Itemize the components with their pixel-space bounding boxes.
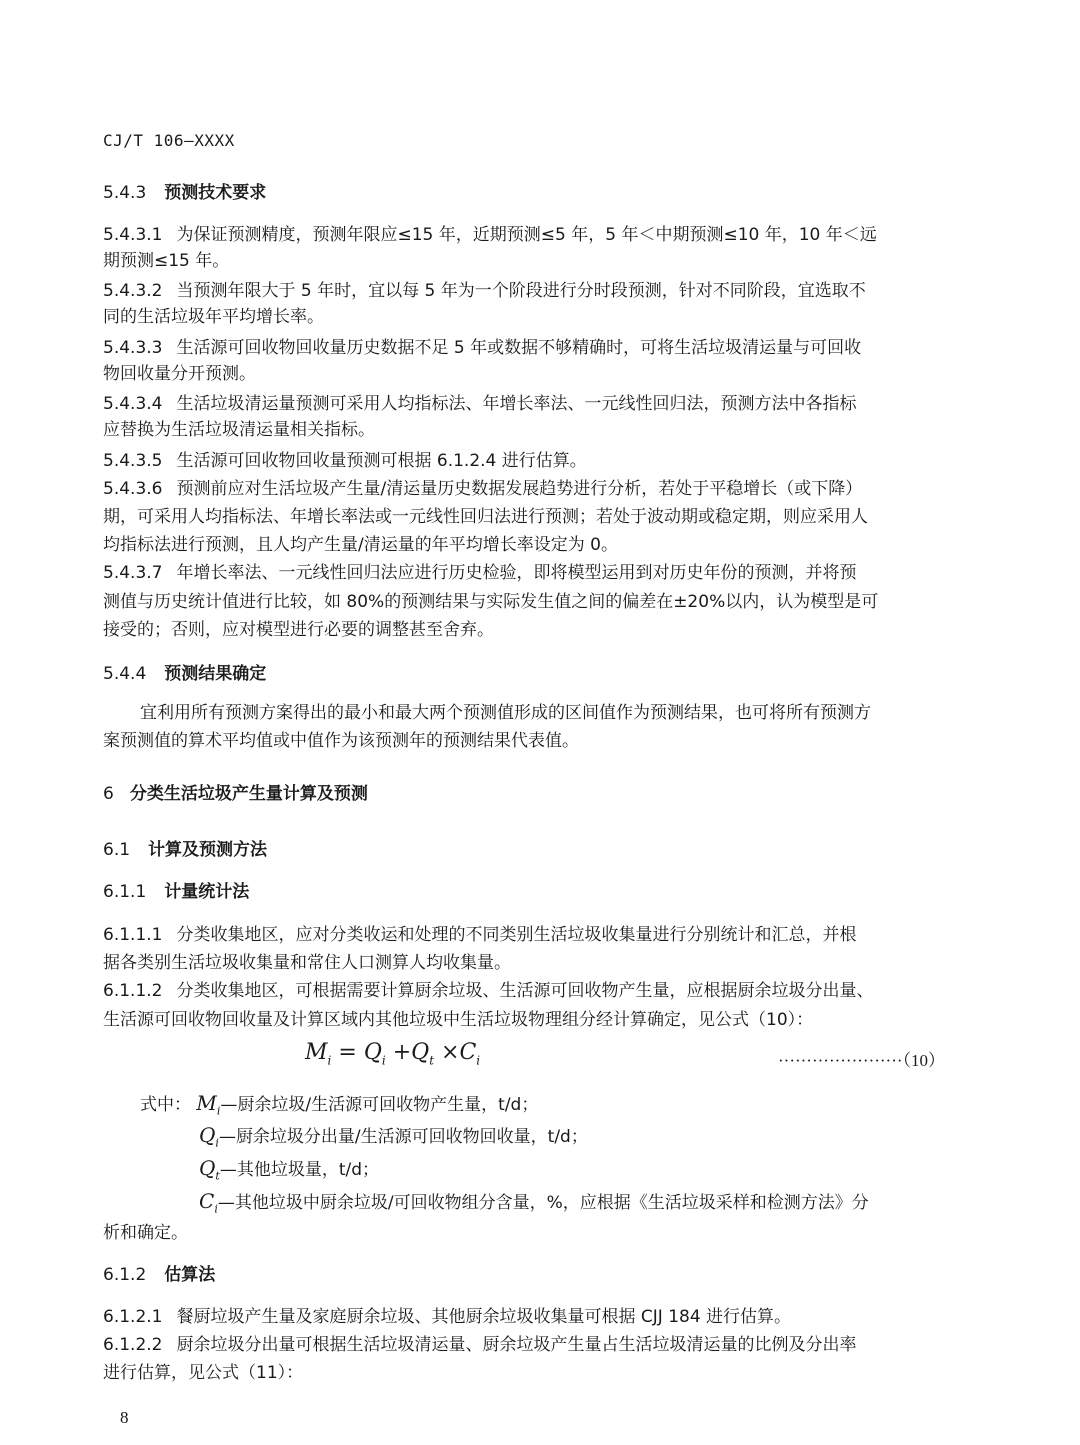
section-heading-6-1: 6.1计算及预测方法 — [103, 835, 267, 860]
section-title: 预测技术要求 — [164, 183, 266, 203]
where-item-qt: Qt—其他垃圾量，t/d； — [199, 1155, 379, 1182]
clause-number: 5.4.3.7 — [103, 563, 162, 583]
clause-number: 6.1.2.1 — [103, 1307, 162, 1327]
clause-number: 6.1.2.2 — [103, 1335, 162, 1355]
paragraph-5-4-3-4: 5.4.3.4生活垃圾清运量预测可采用人均指标法、年增长率法、一元线性回归法，预… — [103, 389, 856, 414]
paragraph-text: 预测前应对生活垃圾产生量/清运量历史数据发展趋势进行分析，若处于平稳增长（或下降… — [176, 479, 862, 499]
section-title: 预测结果确定 — [164, 664, 266, 684]
page-number: 8 — [120, 1408, 129, 1428]
clause-number: 5.4.3.2 — [103, 281, 162, 301]
where-item-m: 式中： Mi—厨余垃圾/生活源可回收物产生量，t/d； — [140, 1090, 538, 1117]
paragraph-5-4-3-1: 5.4.3.1为保证预测精度，预测年限应≤15 年，近期预测≤5 年，5 年＜中… — [103, 220, 877, 245]
section-title: 计算及预测方法 — [148, 840, 267, 860]
paragraph-5-4-3-2: 5.4.3.2当预测年限大于 5 年时，宜以每 5 年为一个阶段进行分时段预测，… — [103, 276, 866, 301]
document-code: CJ/T 106—XXXX — [103, 131, 235, 150]
paragraph-text: 分类收集地区，应对分类收运和处理的不同类别生活垃圾收集量进行分别统计和汇总，并根 — [176, 925, 856, 945]
paragraph-text: 厨余垃圾分出量可根据生活垃圾清运量、厨余垃圾产生量占生活垃圾清运量的比例及分出率 — [176, 1335, 856, 1355]
section-number: 5.4.3 — [103, 183, 146, 203]
variable-definition: —其他垃圾中厨余垃圾/可回收物组分含量，%，应根据《生活垃圾采样和检测方法》分 — [218, 1193, 869, 1213]
formula-operator: = — [338, 1040, 356, 1065]
clause-number: 6.1.1.1 — [103, 925, 162, 945]
paragraph-5-4-3-5: 5.4.3.5生活源可回收物回收量预测可根据 6.1.2.4 进行估算。 — [103, 446, 587, 471]
formula-subscript: t — [429, 1053, 434, 1067]
formula-symbol: C — [459, 1040, 476, 1065]
equation-number-10: ······················（10） — [778, 1046, 945, 1071]
paragraph-line: 测值与历史统计值进行比较，如 80%的预测结果与实际发生值之间的偏差在±20%以… — [103, 587, 878, 612]
equation-number: （10） — [903, 1051, 946, 1070]
formula-symbol: M — [305, 1040, 328, 1065]
variable-symbol: Q — [199, 1123, 215, 1147]
section-number: 6.1 — [103, 840, 130, 860]
paragraph-text: 生活源可回收物回收量历史数据不足 5 年或数据不够精确时，可将生活垃圾清运量与可… — [176, 338, 861, 358]
paragraph-line: 生活源可回收物回收量及计算区域内其他垃圾中生活垃圾物理组分经计算确定，见公式（1… — [103, 1005, 813, 1030]
paragraph-text: 年增长率法、一元线性回归法应进行历史检验，即将模型运用到对历史年份的预测，并将预 — [176, 563, 856, 583]
formula-subscript: i — [328, 1053, 332, 1067]
variable-symbol: Q — [199, 1156, 215, 1180]
paragraph-text: 当预测年限大于 5 年时，宜以每 5 年为一个阶段进行分时段预测，针对不同阶段，… — [176, 281, 865, 301]
paragraph-line: 案预测值的算术平均值或中值作为该预测年的预测结果代表值。 — [103, 726, 579, 751]
variable-symbol: M — [196, 1091, 216, 1115]
clause-number: 5.4.3.3 — [103, 338, 162, 358]
formula-subscript: i — [382, 1053, 386, 1067]
chapter-title: 分类生活垃圾产生量计算及预测 — [130, 784, 368, 804]
paragraph-line: 期预测≤15 年。 — [103, 246, 229, 271]
section-heading-6-1-1: 6.1.1计量统计法 — [103, 877, 249, 902]
formula-subscript: i — [476, 1053, 480, 1067]
section-heading-6-1-2: 6.1.2估算法 — [103, 1260, 215, 1285]
section-number: 6.1.2 — [103, 1265, 146, 1285]
paragraph-line: 期，可采用人均指标法、年增长率法或一元线性回归法进行预测；若处于波动期或稳定期，… — [103, 502, 868, 527]
chapter-heading-6: 6分类生活垃圾产生量计算及预测 — [103, 779, 368, 804]
variable-definition: —其他垃圾量，t/d； — [220, 1160, 379, 1180]
formula-symbol: Q — [411, 1040, 429, 1065]
paragraph-5-4-3-6: 5.4.3.6预测前应对生活垃圾产生量/清运量历史数据发展趋势进行分析，若处于平… — [103, 474, 862, 499]
paragraph-6-1-1-2: 6.1.1.2分类收集地区，可根据需要计算厨余垃圾、生活源可回收物产生量，应根据… — [103, 976, 873, 1001]
paragraph-text: 生活源可回收物回收量预测可根据 6.1.2.4 进行估算。 — [176, 451, 586, 471]
formula-operator: × — [441, 1040, 459, 1065]
section-title: 计量统计法 — [164, 882, 249, 902]
variable-symbol: C — [199, 1189, 214, 1213]
section-heading-5-4-3: 5.4.3预测技术要求 — [103, 178, 266, 203]
variable-definition: —厨余垃圾分出量/生活源可回收物回收量，t/d； — [219, 1127, 588, 1147]
paragraph-line: 据各类别生活垃圾收集量和常住人口测算人均收集量。 — [103, 948, 511, 973]
section-heading-5-4-4: 5.4.4预测结果确定 — [103, 659, 266, 684]
formula-operator: + — [393, 1040, 411, 1065]
paragraph-line: 析和确定。 — [103, 1218, 188, 1243]
paragraph-text: 分类收集地区，可根据需要计算厨余垃圾、生活源可回收物产生量，应根据厨余垃圾分出量… — [176, 981, 873, 1001]
paragraph-line: 宜利用所有预测方案得出的最小和最大两个预测值形成的区间值作为预测结果，也可将所有… — [140, 698, 871, 723]
clause-number: 6.1.1.2 — [103, 981, 162, 1001]
chapter-number: 6 — [103, 784, 114, 804]
where-item-qi: Qi—厨余垃圾分出量/生活源可回收物回收量，t/d； — [199, 1122, 588, 1149]
variable-definition: —厨余垃圾/生活源可回收物产生量，t/d； — [220, 1095, 538, 1115]
paragraph-text: 生活垃圾清运量预测可采用人均指标法、年增长率法、一元线性回归法，预测方法中各指标 — [176, 394, 856, 414]
paragraph-line: 同的生活垃圾年平均增长率。 — [103, 302, 324, 327]
paragraph-line: 接受的；否则，应对模型进行必要的调整甚至舍弃。 — [103, 615, 494, 640]
formula-symbol: Q — [364, 1040, 382, 1065]
where-label: 式中： — [140, 1095, 191, 1115]
paragraph-5-4-3-3: 5.4.3.3生活源可回收物回收量历史数据不足 5 年或数据不够精确时，可将生活… — [103, 333, 861, 358]
paragraph-text: 餐厨垃圾产生量及家庭厨余垃圾、其他厨余垃圾收集量可根据 CJJ 184 进行估算… — [176, 1307, 791, 1327]
paragraph-line: 物回收量分开预测。 — [103, 359, 256, 384]
paragraph-text: 为保证预测精度，预测年限应≤15 年，近期预测≤5 年，5 年＜中期预测≤10 … — [176, 225, 876, 245]
section-number: 5.4.4 — [103, 664, 146, 684]
paragraph-line: 均指标法进行预测，且人均产生量/清运量的年平均增长率设定为 0。 — [103, 530, 618, 555]
clause-number: 5.4.3.4 — [103, 394, 162, 414]
section-number: 6.1.1 — [103, 882, 146, 902]
section-title: 估算法 — [164, 1265, 215, 1285]
formula-10: Mi = Qi +Qt ×Ci — [305, 1040, 480, 1067]
paragraph-6-1-2-2: 6.1.2.2厨余垃圾分出量可根据生活垃圾清运量、厨余垃圾产生量占生活垃圾清运量… — [103, 1330, 856, 1355]
paragraph-line: 应替换为生活垃圾清运量相关指标。 — [103, 415, 375, 440]
clause-number: 5.4.3.1 — [103, 225, 162, 245]
paragraph-6-1-1-1: 6.1.1.1分类收集地区，应对分类收运和处理的不同类别生活垃圾收集量进行分别统… — [103, 920, 856, 945]
paragraph-6-1-2-1: 6.1.2.1餐厨垃圾产生量及家庭厨余垃圾、其他厨余垃圾收集量可根据 CJJ 1… — [103, 1302, 791, 1327]
paragraph-line: 进行估算，见公式（11）： — [103, 1358, 303, 1383]
where-item-ci: Ci—其他垃圾中厨余垃圾/可回收物组分含量，%，应根据《生活垃圾采样和检测方法》… — [199, 1188, 869, 1215]
dot-leader: ······················ — [778, 1051, 903, 1070]
paragraph-5-4-3-7: 5.4.3.7年增长率法、一元线性回归法应进行历史检验，即将模型运用到对历史年份… — [103, 558, 856, 583]
clause-number: 5.4.3.5 — [103, 451, 162, 471]
clause-number: 5.4.3.6 — [103, 479, 162, 499]
